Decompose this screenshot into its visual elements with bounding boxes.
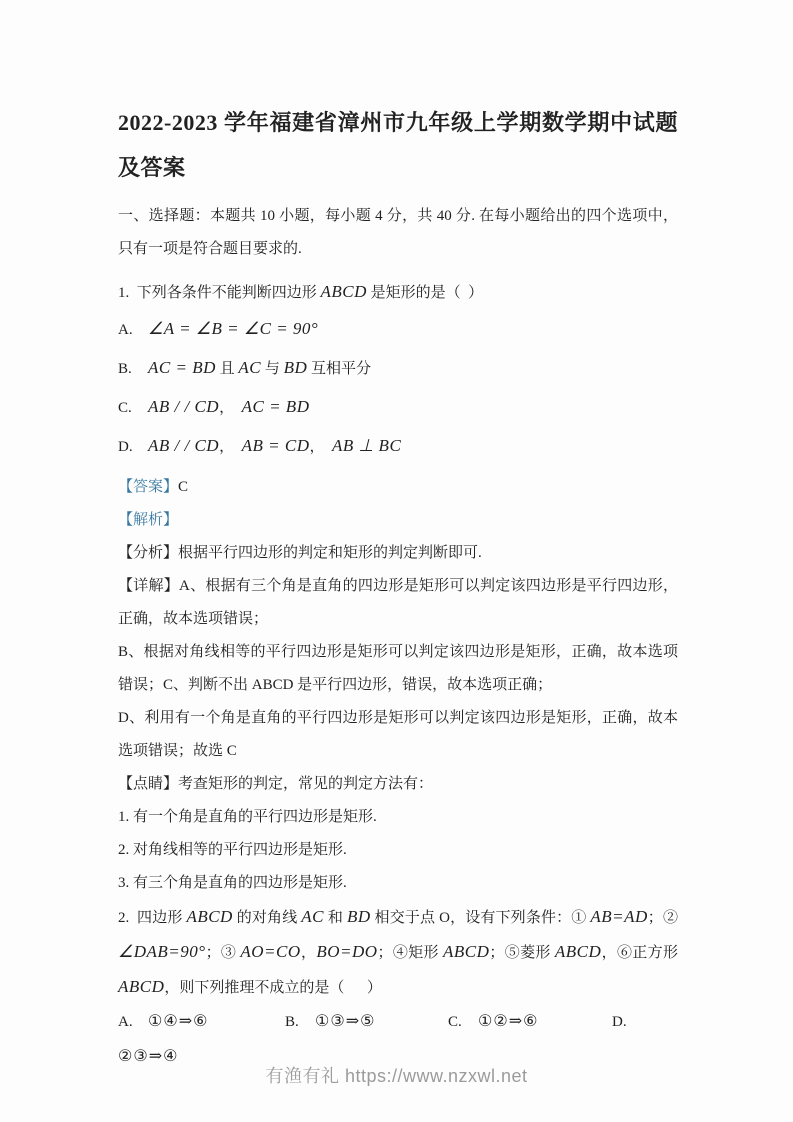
xiangjie-paragraph-b: B、根据对角线相等的平行四边形是矩形可以判定该四边形是矩形，正确，故本选项错误；…: [118, 636, 678, 702]
answer-value: C: [178, 479, 188, 495]
document-page: 2022-2023 学年福建省漳州市九年级上学期数学期中试题及答案 一、选择题：…: [118, 100, 678, 1075]
question-1: 1. 下列各条件不能判断四边形 ABCD 是矩形的是（ ）: [118, 275, 678, 310]
q1-option-b: B.AC = BD 且 AC 与 BD 互相平分: [118, 349, 678, 388]
q2-option-a: A.①④⇒⑥: [118, 1005, 285, 1039]
xiangjie-paragraph-a: 【详解】A、根据有三个角是直角的四边形是矩形可以判定该四边形是平行四边形，正确，…: [118, 570, 678, 636]
q1-option-d: D.AB / / CD， AB = CD， AB ⊥ BC: [118, 427, 678, 466]
method-item-2: 2. 对角线相等的平行四边形是矩形.: [118, 834, 678, 867]
q2-option-label-a: A.: [118, 1006, 148, 1039]
q1-option-a: A.∠A = ∠B = ∠C = 90°: [118, 310, 678, 349]
jiexi-label: 【解析】: [118, 504, 678, 537]
q2-option-b: B.①③⇒⑤: [285, 1005, 448, 1039]
q2-option-c: C.①②⇒⑥: [448, 1005, 612, 1039]
option-label-d: D.: [118, 428, 148, 466]
q2-options-row: A.①④⇒⑥ B.①③⇒⑤ C.①②⇒⑥ D.: [118, 1005, 678, 1039]
q2-option-value-c: ①②⇒⑥: [478, 1013, 538, 1030]
method-list: 1. 有一个角是直角的平行四边形是矩形. 2. 对角线相等的平行四边形是矩形. …: [118, 801, 678, 900]
q2-option-label-d: D.: [612, 1006, 642, 1039]
question-2: 2. 四边形 ABCD 的对角线 AC 和 BD 相交于点 O，设有下列条件：①…: [118, 900, 678, 1005]
method-item-3: 3. 有三个角是直角的四边形是矩形.: [118, 867, 678, 900]
site-watermark: 有渔有礼 https://www.nzxwl.net: [0, 1062, 793, 1088]
answer-line: 【答案】C: [118, 471, 678, 504]
option-text-a: ∠A = ∠B = ∠C = 90°: [148, 322, 318, 338]
option-text-d: AB / / CD， AB = CD， AB ⊥ BC: [148, 439, 401, 455]
method-item-1: 1. 有一个角是直角的平行四边形是矩形.: [118, 801, 678, 834]
option-label-c: C.: [118, 389, 148, 427]
dianjing-paragraph: 【点睛】考查矩形的判定，常见的判定方法有：: [118, 768, 678, 801]
q2-option-value-b: ①③⇒⑤: [315, 1013, 375, 1030]
q2-option-d: D.: [612, 1005, 678, 1039]
q2-option-label-c: C.: [448, 1006, 478, 1039]
option-label-b: B.: [118, 350, 148, 388]
q1-option-c: C.AB / / CD， AC = BD: [118, 388, 678, 427]
option-text-b: AC = BD 且 AC 与 BD 互相平分: [148, 361, 371, 377]
answer-label: 【答案】: [118, 479, 178, 495]
option-label-a: A.: [118, 311, 148, 349]
option-text-c: AB / / CD， AC = BD: [148, 400, 309, 416]
page-title: 2022-2023 学年福建省漳州市九年级上学期数学期中试题及答案: [118, 100, 678, 190]
xiangjie-paragraph-d: D、利用有一个角是直角的平行四边形是矩形可以判定该四边形是矩形，正确，故本选项错…: [118, 702, 678, 768]
section-intro: 一、选择题：本题共 10 小题，每小题 4 分，共 40 分. 在每小题给出的四…: [118, 200, 678, 266]
q2-option-value-a: ①④⇒⑥: [148, 1013, 208, 1030]
fenxi-paragraph: 【分析】根据平行四边形的判定和矩形的判定判断即可.: [118, 537, 678, 570]
q2-option-label-b: B.: [285, 1006, 315, 1039]
